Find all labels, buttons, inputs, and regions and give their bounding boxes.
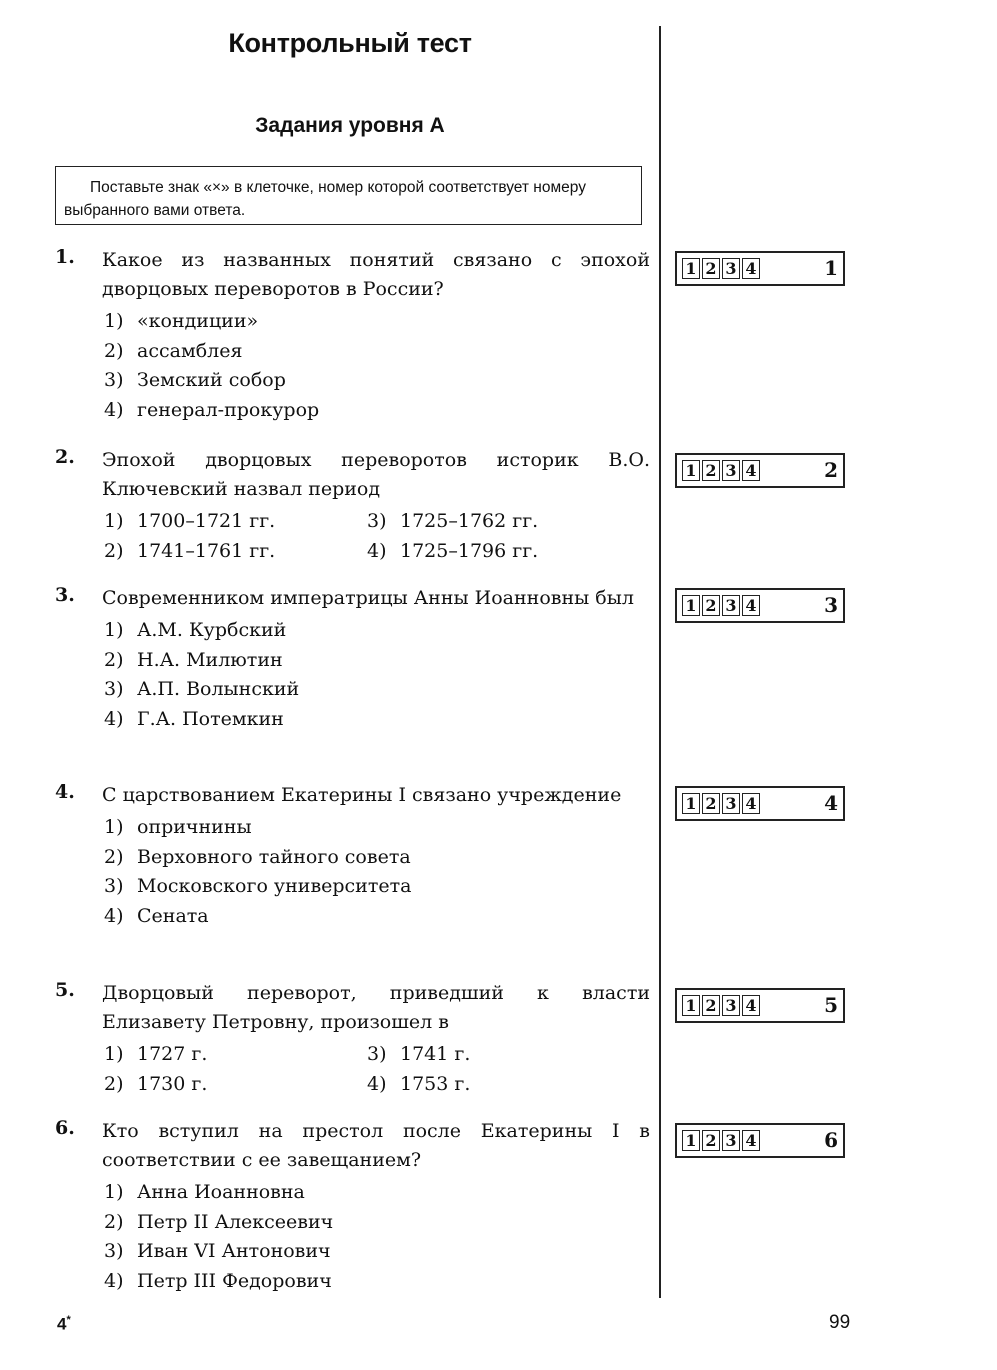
answer-cell[interactable]: 3 <box>722 1130 740 1151</box>
option-item: 2)Н.А. Милютин <box>104 646 650 676</box>
answer-box-2: 1 2 3 4 2 <box>675 453 845 488</box>
question-text: Кто вступил на престол после Екатерины I… <box>102 1117 650 1175</box>
option-text: Иван VI Антонович <box>137 1240 331 1262</box>
answer-cell[interactable]: 3 <box>722 595 740 616</box>
answer-box-4: 1 2 3 4 4 <box>675 786 845 821</box>
answer-cell[interactable]: 2 <box>702 1130 720 1151</box>
answer-cell[interactable]: 1 <box>682 258 700 279</box>
option-text: «кондиции» <box>137 310 258 332</box>
answer-cell[interactable]: 2 <box>702 460 720 481</box>
option-text: 1753 г. <box>400 1073 470 1095</box>
option-item: 1)«кондиции» <box>104 307 650 337</box>
option-item: 4)генерал-прокурор <box>104 396 650 426</box>
question-text: С царствованием Екатерины I связано учре… <box>102 781 650 810</box>
question-text: Дворцовый переворот, приведший к власти … <box>102 979 650 1037</box>
question-3: 3. Современником императрицы Анны Иоанно… <box>55 584 650 734</box>
option-text: Верховного тайного совета <box>137 846 411 868</box>
answer-cell[interactable]: 4 <box>742 793 760 814</box>
answer-cell[interactable]: 1 <box>682 1130 700 1151</box>
option-item: 1)Анна Иоанновна <box>104 1178 650 1208</box>
question-number: 5. <box>55 979 75 1001</box>
page-number: 99 <box>829 1312 850 1334</box>
answer-box-5: 1 2 3 4 5 <box>675 988 845 1023</box>
option-text: А.М. Курбский <box>137 619 286 641</box>
section-subtitle: Задания уровня А <box>0 114 700 138</box>
option-item: 3)1741 г. <box>367 1040 650 1070</box>
answer-cell[interactable]: 3 <box>722 258 740 279</box>
question-number: 2. <box>55 446 75 468</box>
option-number: 2) <box>104 537 137 567</box>
answer-box-number: 1 <box>824 256 838 280</box>
option-number: 3) <box>104 1237 137 1267</box>
option-text: Земский собор <box>137 369 286 391</box>
answer-box-1: 1 2 3 4 1 <box>675 251 845 286</box>
question-text: Какое из названных понятий связано с эпо… <box>102 246 650 304</box>
option-text: Петр III Федорович <box>137 1270 332 1292</box>
signature-asterisk: * <box>66 1314 70 1326</box>
answer-cell[interactable]: 3 <box>722 460 740 481</box>
option-number: 2) <box>104 1208 137 1238</box>
option-item: 2)Петр II Алексеевич <box>104 1208 650 1238</box>
option-number: 2) <box>104 646 137 676</box>
option-number: 1) <box>104 1178 137 1208</box>
answer-cell[interactable]: 3 <box>722 793 740 814</box>
option-text: Московского университета <box>137 875 411 897</box>
option-number: 1) <box>104 307 137 337</box>
question-2: 2. Эпохой дворцовых переворотов историк … <box>55 446 650 566</box>
answer-cell[interactable]: 3 <box>722 995 740 1016</box>
option-item: 3)Земский собор <box>104 366 650 396</box>
option-item: 4)1725–1796 гг. <box>367 537 650 567</box>
options-list: 1)«кондиции» 2)ассамблея 3)Земский собор… <box>104 307 650 425</box>
question-number: 4. <box>55 781 75 803</box>
question-text: Современником императрицы Анны Иоанновны… <box>102 584 650 613</box>
option-text: 1700–1721 гг. <box>137 510 275 532</box>
answer-box-number: 3 <box>824 593 838 617</box>
option-number: 3) <box>367 507 400 537</box>
answer-cell[interactable]: 1 <box>682 995 700 1016</box>
option-item: 3)А.П. Волынский <box>104 675 650 705</box>
answer-cell[interactable]: 4 <box>742 1130 760 1151</box>
option-item: 2)ассамблея <box>104 337 650 367</box>
option-number: 3) <box>367 1040 400 1070</box>
option-item: 2)1741–1761 гг. <box>104 537 367 567</box>
question-6: 6. Кто вступил на престол после Екатерин… <box>55 1117 650 1296</box>
answer-cell[interactable]: 1 <box>682 460 700 481</box>
option-text: ассамблея <box>137 340 242 362</box>
option-text: 1725–1796 гг. <box>400 540 538 562</box>
instruction-box: Поставьте знак «×» в клеточке, номер кот… <box>55 166 642 225</box>
margin-divider <box>659 26 661 1298</box>
answer-cell[interactable]: 4 <box>742 995 760 1016</box>
option-number: 2) <box>104 1070 137 1100</box>
option-item: 4)Петр III Федорович <box>104 1267 650 1297</box>
options-list: 1)1700–1721 гг. 3)1725–1762 гг. 2)1741–1… <box>104 507 650 566</box>
option-text: А.П. Волынский <box>137 678 299 700</box>
answer-box-3: 1 2 3 4 3 <box>675 588 845 623</box>
answer-cell[interactable]: 4 <box>742 595 760 616</box>
option-text: 1725–1762 гг. <box>400 510 538 532</box>
options-list: 1)опричнины 2)Верховного тайного совета … <box>104 813 650 931</box>
option-number: 3) <box>104 872 137 902</box>
question-number: 1. <box>55 246 75 268</box>
options-list: 1)Анна Иоанновна 2)Петр II Алексеевич 3)… <box>104 1178 650 1296</box>
question-4: 4. С царствованием Екатерины I связано у… <box>55 781 650 931</box>
option-number: 4) <box>367 537 400 567</box>
option-number: 1) <box>104 507 137 537</box>
question-number: 6. <box>55 1117 75 1139</box>
option-item: 4)Сената <box>104 902 650 932</box>
answer-cell[interactable]: 2 <box>702 258 720 279</box>
option-text: Петр II Алексеевич <box>137 1211 333 1233</box>
option-text: 1741 г. <box>400 1043 470 1065</box>
option-item: 3)1725–1762 гг. <box>367 507 650 537</box>
option-text: 1730 г. <box>137 1073 207 1095</box>
option-item: 2)1730 г. <box>104 1070 367 1100</box>
option-number: 3) <box>104 675 137 705</box>
option-number: 4) <box>104 1267 137 1297</box>
option-item: 2)Верховного тайного совета <box>104 843 650 873</box>
answer-box-6: 1 2 3 4 6 <box>675 1123 845 1158</box>
question-1: 1. Какое из названных понятий связано с … <box>55 246 650 425</box>
option-item: 1)опричнины <box>104 813 650 843</box>
answer-cell[interactable]: 2 <box>702 793 720 814</box>
option-text: Анна Иоанновна <box>137 1181 305 1203</box>
option-item: 1)1700–1721 гг. <box>104 507 367 537</box>
option-text: генерал-прокурор <box>137 399 319 421</box>
answer-cell[interactable]: 2 <box>702 995 720 1016</box>
options-list: 1)1727 г. 3)1741 г. 2)1730 г. 4)1753 г. <box>104 1040 650 1099</box>
page-title: Контрольный тест <box>0 28 700 59</box>
option-item: 3)Иван VI Антонович <box>104 1237 650 1267</box>
option-number: 3) <box>104 366 137 396</box>
option-number: 1) <box>104 616 137 646</box>
option-text: опричнины <box>137 816 252 838</box>
answer-box-number: 2 <box>824 458 838 482</box>
option-number: 1) <box>104 813 137 843</box>
option-item: 4)1753 г. <box>367 1070 650 1100</box>
answer-box-number: 4 <box>824 791 838 815</box>
option-text: 1727 г. <box>137 1043 207 1065</box>
answer-cell[interactable]: 1 <box>682 595 700 616</box>
question-number: 3. <box>55 584 75 606</box>
option-number: 1) <box>104 1040 137 1070</box>
answer-cell[interactable]: 2 <box>702 595 720 616</box>
option-text: Сената <box>137 905 209 927</box>
option-number: 4) <box>367 1070 400 1100</box>
answer-box-number: 5 <box>824 993 838 1017</box>
answer-cell[interactable]: 1 <box>682 793 700 814</box>
option-number: 4) <box>104 396 137 426</box>
signature-mark: 4* <box>57 1314 71 1335</box>
options-list: 1)А.М. Курбский 2)Н.А. Милютин 3)А.П. Во… <box>104 616 650 734</box>
option-number: 4) <box>104 705 137 735</box>
option-number: 4) <box>104 902 137 932</box>
answer-cell[interactable]: 4 <box>742 460 760 481</box>
option-text: Н.А. Милютин <box>137 649 283 671</box>
option-text: 1741–1761 гг. <box>137 540 275 562</box>
question-text: Эпохой дворцовых переворотов историк В.О… <box>102 446 650 504</box>
option-item: 1)1727 г. <box>104 1040 367 1070</box>
option-item: 3)Московского университета <box>104 872 650 902</box>
answer-cell[interactable]: 4 <box>742 258 760 279</box>
answer-box-number: 6 <box>824 1128 838 1152</box>
option-number: 2) <box>104 843 137 873</box>
option-text: Г.А. Потемкин <box>137 708 284 730</box>
option-number: 2) <box>104 337 137 367</box>
option-item: 1)А.М. Курбский <box>104 616 650 646</box>
question-5: 5. Дворцовый переворот, приведший к влас… <box>55 979 650 1099</box>
option-item: 4)Г.А. Потемкин <box>104 705 650 735</box>
